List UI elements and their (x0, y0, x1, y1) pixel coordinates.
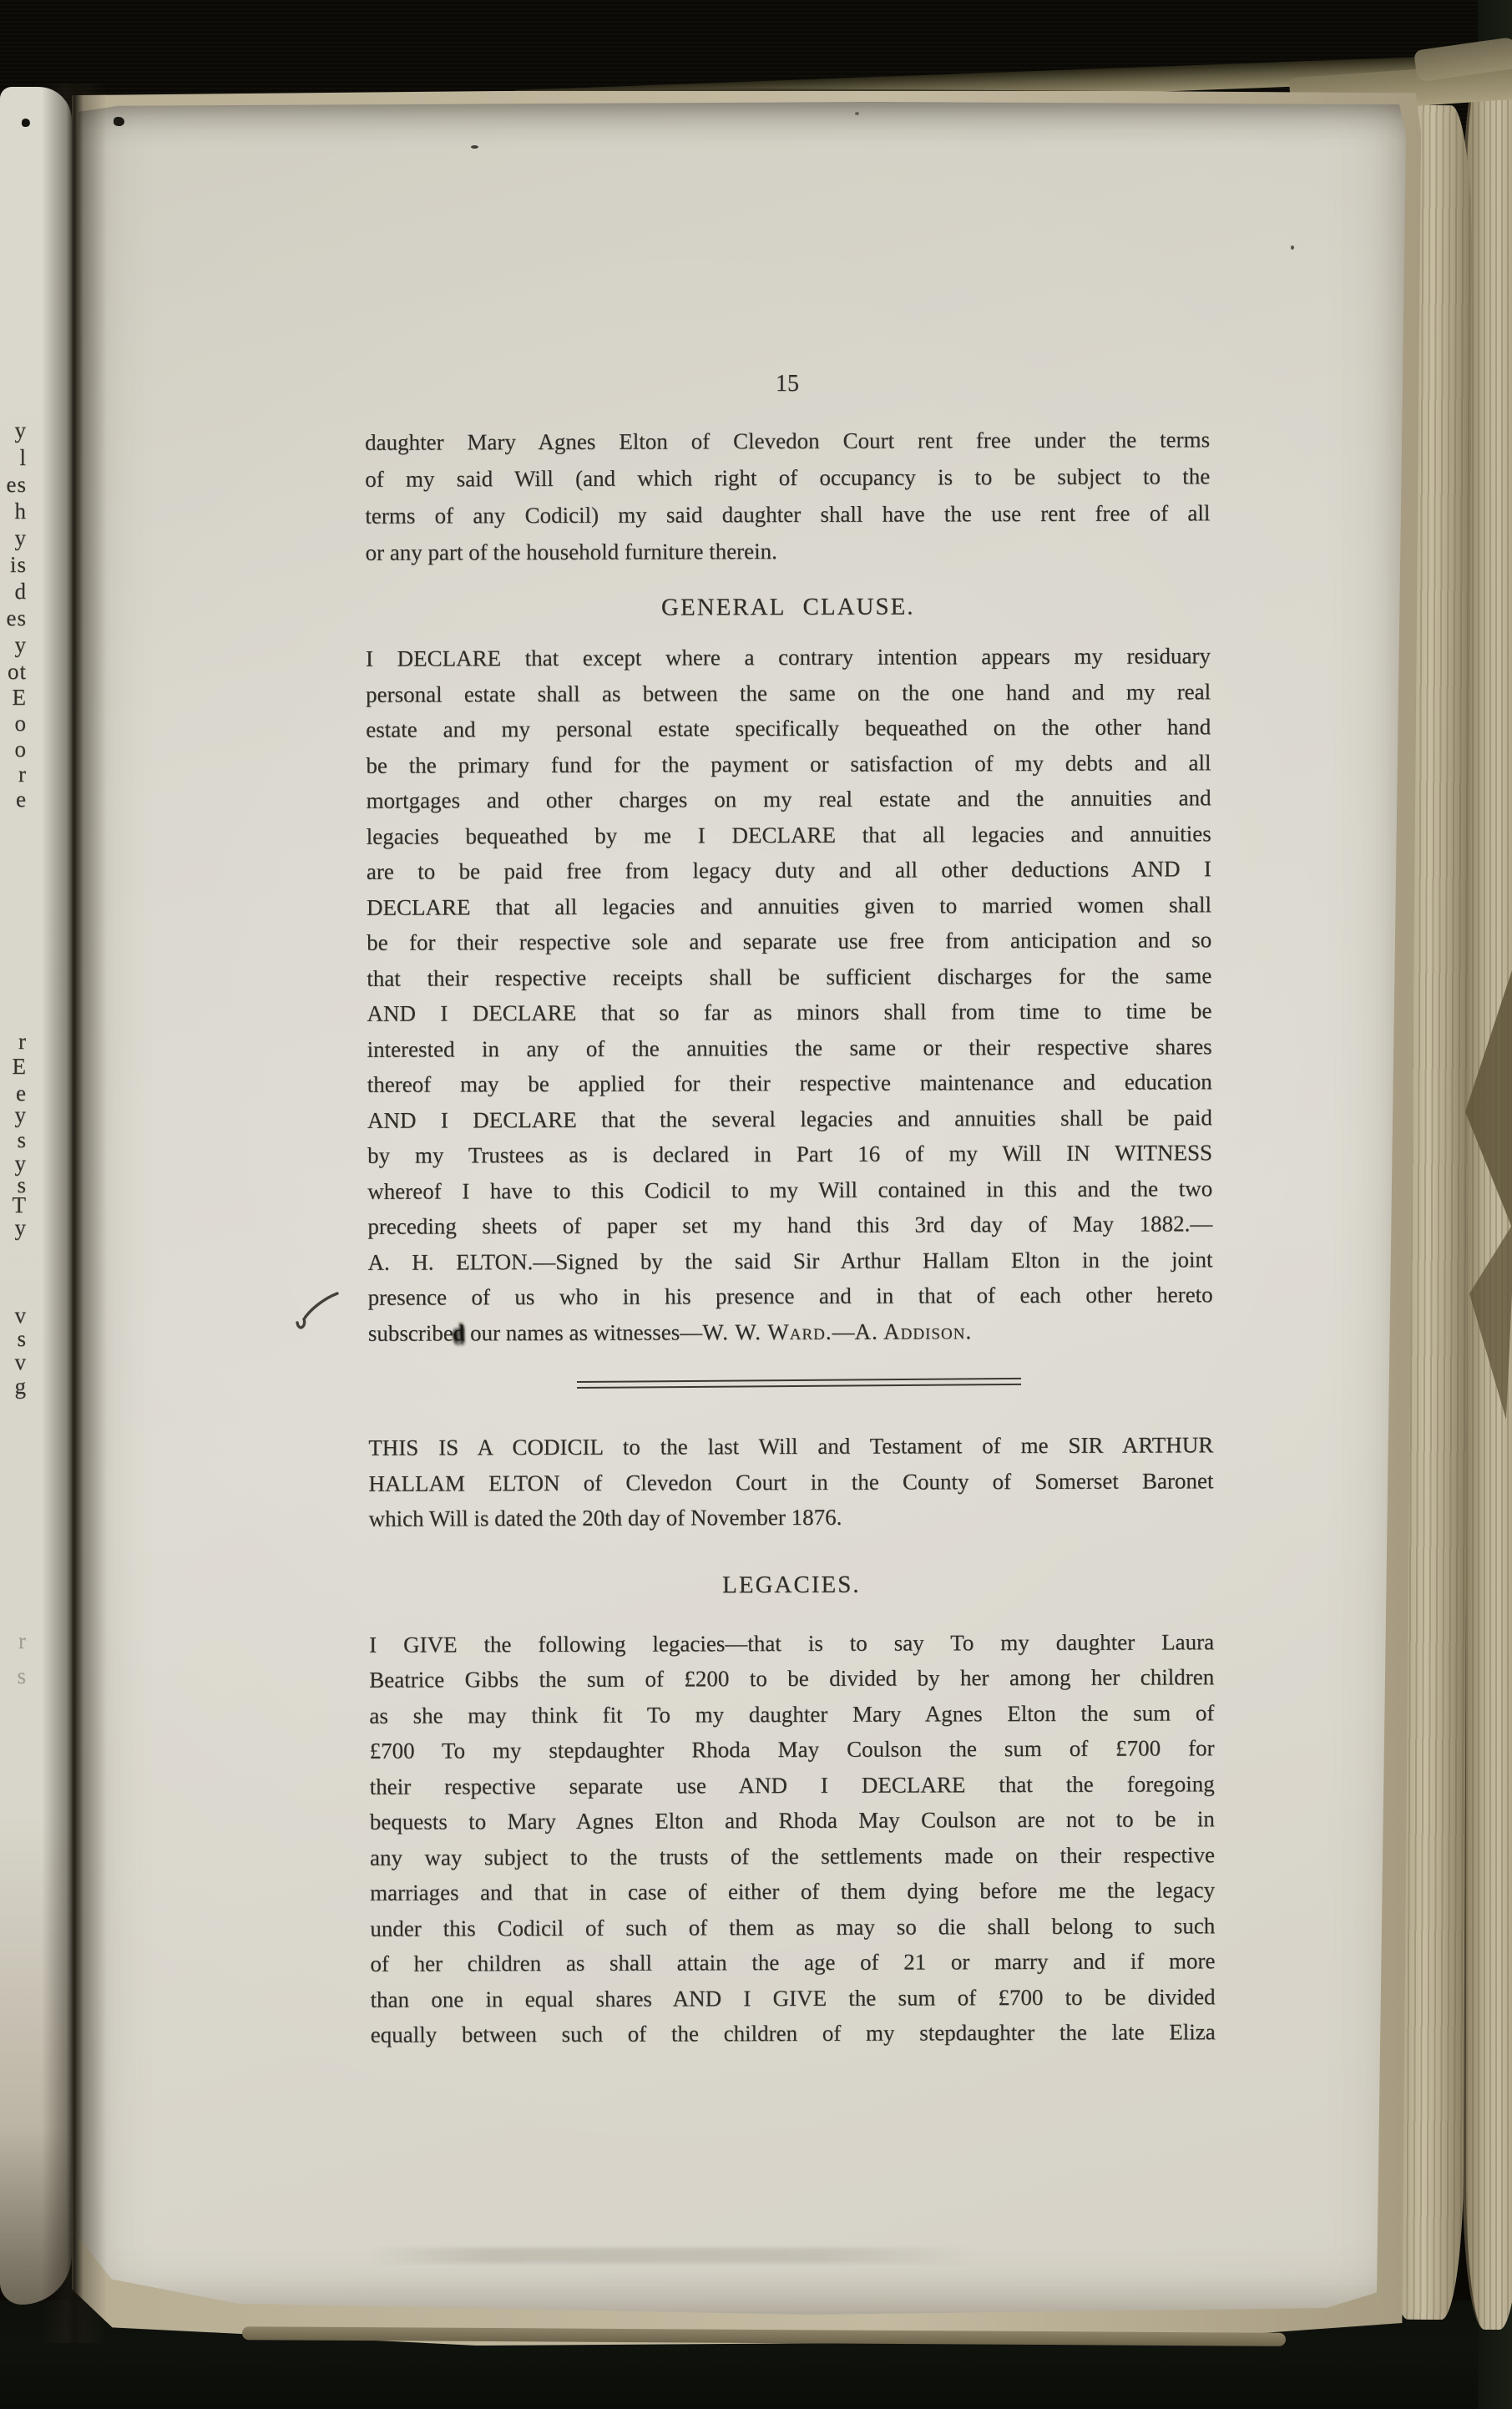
text-line: presence of us who in his presence and i… (368, 1277, 1213, 1315)
text-line: thereof may be applied for their respect… (367, 1064, 1212, 1102)
ink-speck (114, 117, 124, 126)
facing-page-letter-fragment: y (0, 525, 27, 551)
ink-speck (855, 112, 859, 115)
text-line: than one in equal shares AND I GIVE the … (371, 1979, 1216, 2017)
text-segment: d (453, 1320, 465, 1345)
text-segment: our names as witnesses— (464, 1319, 702, 1345)
facing-page-letter-fragment: es (0, 605, 27, 631)
page-number: 15 (365, 371, 1210, 397)
heading-general-clause: GENERAL CLAUSE. (366, 590, 1211, 625)
text-line: legacies bequeathed by me I DECLARE that… (367, 816, 1211, 854)
text-line: are to be paid free from legacy duty and… (367, 851, 1211, 889)
facing-page-letter-fragment: is (0, 552, 27, 578)
text-line: or any part of the household furniture t… (365, 531, 1210, 571)
section-divider (577, 1378, 1021, 1389)
text-line: I DECLARE that except where a contrary i… (366, 638, 1211, 676)
facing-page-letter-fragment: e (0, 787, 27, 812)
facing-page-letter-fragment: s (0, 1127, 27, 1153)
facing-page-letter-fragment: o (0, 736, 27, 762)
text-line: interested in any of the annuities the s… (367, 1029, 1212, 1067)
text-line: under this Codicil of such of them as ma… (370, 1908, 1215, 1946)
facing-page-letter-fragment: d (0, 579, 27, 605)
text-line: any way subject to the trusts of the set… (370, 1837, 1215, 1875)
margin-checkmark (294, 1291, 341, 1334)
text-segment: subscribe (368, 1320, 453, 1345)
text-line: of her children as shall attain the age … (370, 1943, 1215, 1981)
text-line: whereof I have to this Codicil to my Wil… (367, 1171, 1212, 1209)
para-legacies: I GIVE the following legacies—that is to… (369, 1624, 1216, 2053)
text-segment: — (832, 1318, 855, 1344)
text-line: mortgages and other charges on my real e… (367, 780, 1211, 818)
facing-page-letter-fragment: h (0, 499, 27, 524)
facing-page-letter-fragment: y (0, 1102, 27, 1128)
facing-page-letter-fragment: es (0, 472, 27, 498)
document-page: 15 daughter Mary Agnes Elton of Clevedon… (78, 102, 1406, 2315)
facing-page-letter-fragment: ot (0, 659, 27, 685)
text-line: by my Trustees as is declared in Part 16… (367, 1135, 1212, 1173)
text-line: their respective separate use AND I DECL… (370, 1766, 1215, 1804)
facing-page-text-fragments: yleshyisdesyotEoorerEeysysTyvsvgrs (0, 0, 33, 2409)
facing-page-letter-fragment: r (0, 1029, 27, 1055)
divider-rule (577, 1378, 1021, 1383)
facing-page-letter-fragment: y (0, 632, 27, 658)
divider-rule (577, 1384, 1021, 1389)
text-line: AND I DECLARE that the several legacies … (367, 1100, 1212, 1138)
text-column: daughter Mary Agnes Elton of Clevedon Co… (365, 421, 1216, 2052)
text-line: personal estate shall as between the sam… (366, 674, 1211, 712)
text-line: preceding sheets of paper set my hand th… (367, 1206, 1212, 1244)
text-line: A. H. ELTON.—Signed by the said Sir Arth… (367, 1242, 1212, 1280)
text-line: AND I DECLARE that so far as minors shal… (367, 993, 1211, 1031)
text-line: Beatrice Gibbs the sum of £200 to be div… (369, 1659, 1214, 1698)
facing-page-letter-fragment: y (0, 418, 27, 443)
text-line: which Will is dated the 20th day of Nove… (369, 1498, 1214, 1536)
text-line: THIS IS A CODICIL to the last Will and T… (368, 1427, 1213, 1465)
para-occupancy: daughter Mary Agnes Elton of Clevedon Co… (365, 421, 1211, 571)
facing-page-letter-fragment: o (0, 711, 27, 736)
text-line: terms of any Codicil) my said daughter s… (365, 494, 1210, 534)
text-line: daughter Mary Agnes Elton of Clevedon Co… (365, 421, 1210, 461)
text-line: as she may think fit To my daughter Mary… (369, 1695, 1214, 1733)
facing-page-letter-fragment: r (0, 762, 27, 787)
para-codicil-intro: THIS IS A CODICIL to the last Will and T… (368, 1427, 1213, 1536)
facing-page-letter-fragment: g (0, 1374, 27, 1399)
book-scan: yleshyisdesyotEoorerEeysysTyvsvgrs 15 da… (0, 0, 1512, 2409)
text-line: bequests to Mary Agnes Elton and Rhoda M… (370, 1801, 1215, 1840)
text-line: HALLAM ELTON of Clevedon Court in the Co… (368, 1463, 1213, 1501)
heading-legacies: LEGACIES. (369, 1567, 1214, 1602)
text-line: £700 To my stepdaughter Rhoda May Coulso… (369, 1730, 1214, 1769)
facing-page-letter-fragment: y (0, 1215, 27, 1241)
facing-page-letter-fragment: r (0, 1628, 27, 1654)
witness-name: A. Addison. (855, 1318, 973, 1344)
text-line: I GIVE the following legacies—that is to… (369, 1624, 1214, 1663)
text-line: that their respective receipts shall be … (367, 958, 1211, 996)
ink-speck (1291, 245, 1294, 250)
facing-page-letter-fragment: E (0, 685, 27, 711)
facing-page-letter-fragment: v (0, 1303, 27, 1328)
witness-name: W. W. Ward. (702, 1318, 832, 1344)
ink-speck (471, 145, 478, 149)
text-line: subscribed our names as witnesses—W. W. … (368, 1313, 1213, 1351)
text-line: estate and my personal estate specifical… (366, 709, 1211, 747)
text-line: of my said Will (and which right of occu… (365, 458, 1210, 498)
text-line: DECLARE that all legacies and annuities … (367, 887, 1211, 925)
bleedthrough-smudge (371, 2248, 972, 2263)
facing-page-letter-fragment: v (0, 1349, 27, 1375)
facing-page-letter-fragment: s (0, 1663, 27, 1689)
text-line: equally between such of the children of … (371, 2014, 1216, 2052)
facing-page-letter-fragment: l (0, 445, 27, 471)
para-general-clause: I DECLARE that except where a contrary i… (366, 638, 1213, 1351)
text-line: be for their respective sole and separat… (367, 922, 1211, 960)
facing-page-letter-fragment: s (0, 1326, 27, 1352)
text-line: be the primary fund for the payment or s… (366, 745, 1211, 783)
facing-page-letter-fragment: E (0, 1054, 27, 1080)
text-line: marriages and that in case of either of … (370, 1872, 1215, 1910)
